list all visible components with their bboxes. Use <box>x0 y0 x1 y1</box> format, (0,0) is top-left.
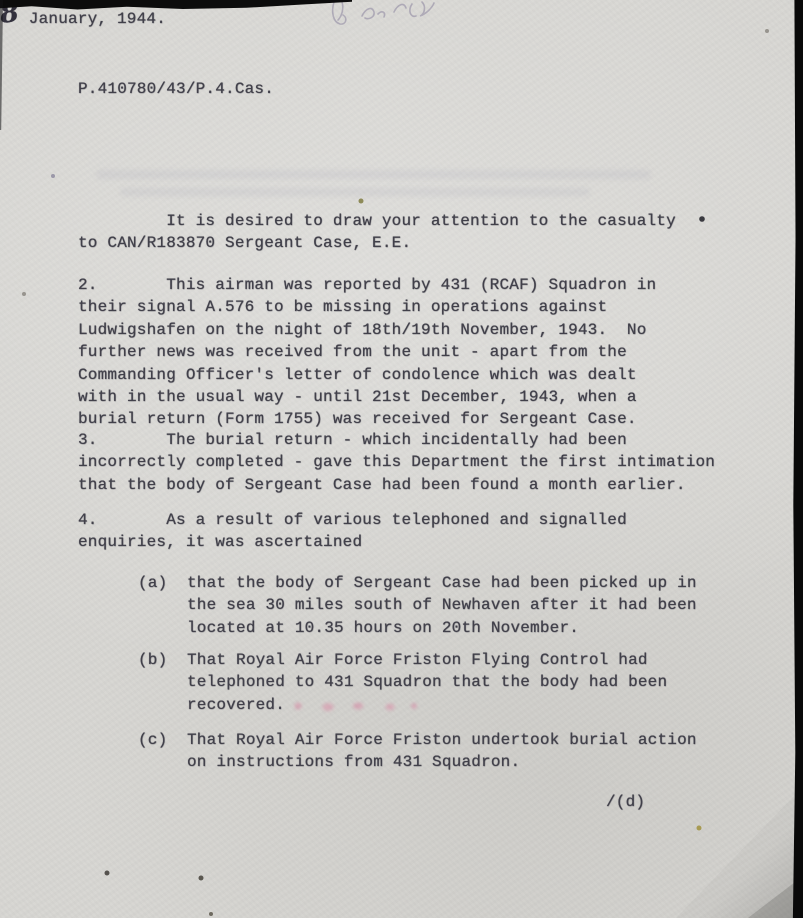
catchword: /(d) <box>606 791 645 813</box>
pencil-annotation <box>328 0 478 46</box>
list-item-c: (c) That Royal Air Force Friston underto… <box>138 729 697 774</box>
faint-red-stamp <box>286 698 426 714</box>
file-reference: P.410780/43/P.4.Cas. <box>78 78 274 100</box>
scan-edge-left <box>0 0 3 130</box>
paragraph-3: 3. The burial return - which incidentall… <box>78 429 715 496</box>
scanned-letter-page: P.410780/43/P.4.Cas. 8 January, 1944. It… <box>0 0 803 918</box>
paragraph-2: 2. This airman was reported by 431 (RCAF… <box>78 274 656 431</box>
list-item-a: (a) that the body of Sergeant Case had b… <box>138 572 697 639</box>
ghost-text-band <box>120 188 590 196</box>
paragraph-4: 4. As a result of various telephoned and… <box>78 509 627 554</box>
ghost-text-band <box>96 170 651 179</box>
scan-edge-right <box>792 0 803 918</box>
paragraph-intro: It is desired to draw your attention to … <box>78 210 676 255</box>
